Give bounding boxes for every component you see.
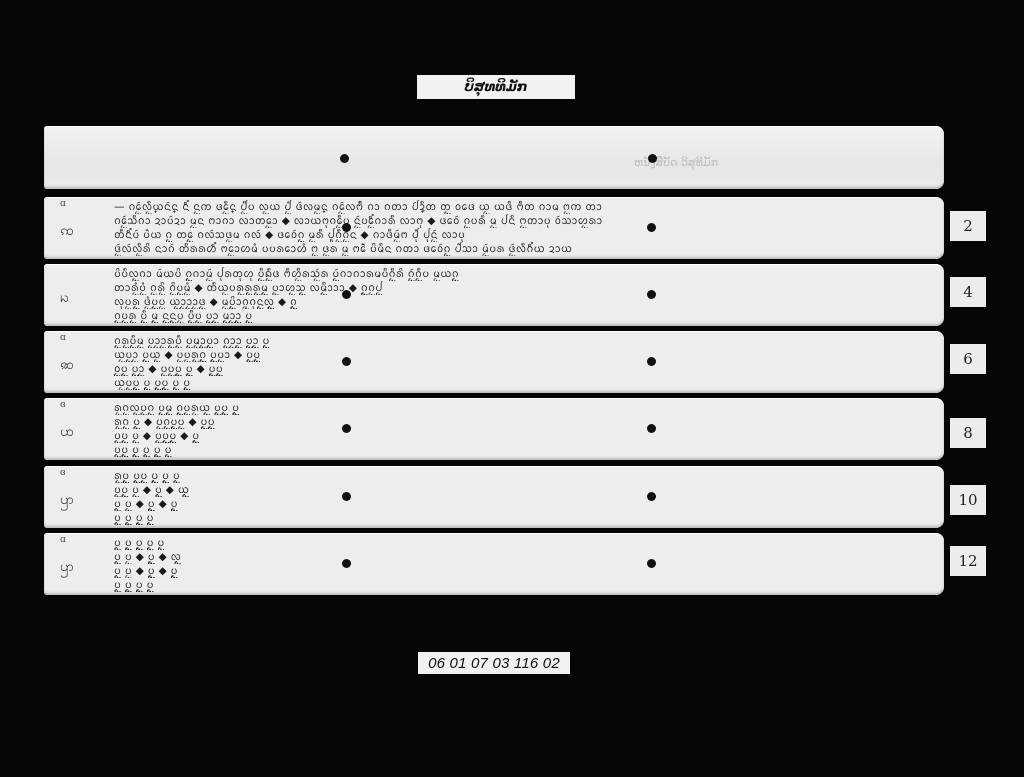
script-line: ᨷᩬᩬᩬᩬᩬᩬᩬᩬᩬᩬᩬᩬᩬ ᨷᩬᩬᩬᩬᩬᩬᩬᩬᩬᩬᩬᩬᩬᩬᩬᩬᩬᩬ ᨷᩬᩬᩬᩬ…: [114, 578, 934, 592]
leaf-text-lines: ᨷᩬᩬᩬᩬᩬᩬᩬᩬᩬᩬᩬᩬ ᨷᩬᩬᩬᩬᩬᩬᩬᩬᩬᩬᩬᩬᩬᩬᩬ ᨷᩬᩬᩬᩬᩬᩬᩬᩬ…: [114, 536, 934, 592]
manuscript-leaf: ꩢᨷᩦᨷᩥᩃᩬᩬᩬᨣᩣ ᨾᩢᨿᨷᩦ ᨣᩬᩬᩬᩬᨣᩣᨾᩬᩢ ᨸᩩᩁᨲᩩᩉᩩ ᨷᩬᩬ…: [44, 264, 944, 326]
manuscript-leaf: ɞꩥᩁᩬᩬᨷᩬᩬᩬᩬᩬᩬᩬᩬ ᨷᩬᩬᩬᩬᩬᩬᩬᩬᩬᨷᩬᩬᩬᩬᩬ ᨷᩬᩬᩬᩬᩬᩬᩬ…: [44, 466, 944, 528]
manuscript-leaf: ɑꩣᨣᩬᩬᩬᩁᩬᩬᨷᩥᩬᩬᨾᩬᩬ ᨷᩬᩬᩣᩬᩣᩬᩁᩬᩬᨷᩥᩬᩬᩬ ᨷᩬᩬᩬᨾᩬᩬ…: [44, 331, 944, 393]
cover-leaf: ຫນັງສືບັດ ວິສຸທິມັກ: [44, 126, 944, 189]
script-line: ᨷᩬᩬᩬᩬᩬᩬᩬᩬᩬᩬ ᨷᩬ ◆ ᨷᩬᩬᩬᩬᩬᩬᩬᩬᩬᩬᩬᩬᩬᩬᩬᩬᩬ ◆ ᨷᩬ…: [114, 564, 934, 578]
binding-hole-left: [340, 154, 349, 163]
folio-number-label: 10: [950, 485, 986, 515]
binding-hole-right: [648, 154, 657, 163]
folio-number-label: 12: [950, 546, 986, 576]
script-line: ᨷᩬᩬᩬᩬᩬᩬᩬᩬᩬᩬᩬ ᨷᩬᩬᩬᩬᩬᩬᩬᩬᩬᩬᩬᩬᩬᩬᩬᩬᩬᩬ ᨷᩬᩬᩬᩬᩬᩬ…: [114, 511, 934, 525]
catalog-id-label: 06 01 07 03 116 02: [418, 652, 570, 674]
script-line: ᨷᩬᩬᩬᩬᨷᩬᩬᩬᩬᩬ ᨷᩬᩬᩬᩬ ◆ ᨷᩬᩬᩬᨷᩬᩬᩬᩬᩬᩬᩬᨷᩬᩬᩬᩬᩬᩬᩬ…: [114, 429, 934, 443]
leaf-text-lines: ᨣᩬᩬᩬᩁᩬᩬᨷᩥᩬᩬᨾᩬᩬ ᨷᩬᩬᩣᩬᩣᩬᩁᩬᩬᨷᩥᩬᩬᩬ ᨷᩬᩬᩬᨾᩬᩬᩣᩬ…: [114, 334, 934, 390]
script-line: ᨣᩬᩬᩬᩁᩬᩬᨷᩥᩬᩬᨾᩬᩬ ᨷᩬᩬᩣᩬᩣᩬᩁᩬᩬᨷᩥᩬᩬᩬ ᨷᩬᩬᩬᨾᩬᩬᩣᩬ…: [114, 334, 934, 348]
cover-faint-title: ຫນັງສືບັດ ວິສຸທິມັກ: [634, 156, 718, 169]
folio-number-label: 8: [950, 418, 986, 448]
leaf-margin-mark: ꩥ: [60, 557, 74, 578]
script-line: ᨷᩬᩬᩬᩬᨷᩬᩬᩬᩬᩬᩬᩬ ᨷᩬᩬᩬᩬᩬᩬᩬᩬᩬᩬᩬ ᨷᩬᩬᩬᩬᩬᩬᩬᩬᩬᩬᩬᩬ…: [114, 443, 934, 457]
leaf-margin-mark: ꩡ: [60, 221, 74, 242]
corner-mark: ɑ: [60, 535, 66, 545]
script-line: ᨣᩮᩬᩢᩈᩥᨣᩣ ᨯᩣᨷᩢᨯᩣ ᨾᩬᨶ ᨻᩣᨣᩣ ᩃᩣᨲᩮᩬᩣ ◆ ᩃᩣᨿᨻᩩᨣ…: [114, 214, 934, 228]
corner-mark: ɞ: [60, 400, 66, 410]
corner-mark: ɞ: [60, 468, 66, 478]
script-line: ᨴᩬᩢᩃᩢᩃᩥᩬᩁᩦ ᨶᩣᨣᩢ ᨲᩥᩁᩁᩉᩥᩴ ᨻᩮᩬᩣᩉᨾᩴ ᨷᨷᩁᩮᩣᩉᩴ …: [114, 242, 934, 256]
folio-number-label: 2: [950, 211, 986, 241]
leaf-text-lines: ᩁᩬᩬᨷᩬᩬᩬᩬᩬᩬᩬᩬ ᨷᩬᩬᩬᩬᩬᩬᩬᩬᩬᨷᩬᩬᩬᩬᩬ ᨷᩬᩬᩬᩬᩬᩬᩬᩬᩬ…: [114, 469, 934, 525]
script-line: ᩃᩩᨷᩬᩁᩬᩬᩬ ᨴᩬᩴᨷᩬᩬᩬᨷᩬ ᨿᩬᩬᩣᩬᩣᩬᩣᩬᨴᩬᩬ ◆ ᨾᩬᨷᩦᩬᩬ…: [114, 295, 934, 309]
leaf-text-lines: ᨷᩦᨷᩥᩃᩬᩬᩬᨣᩣ ᨾᩢᨿᨷᩦ ᨣᩬᩬᩬᩬᨣᩣᨾᩬᩢ ᨸᩩᩁᨲᩩᩉᩩ ᨷᩬᩬᩥ…: [114, 267, 934, 323]
script-line: ᩅᩬᩬᩬᨷᩬᩬᩬᩬᩬ ᨷᩬᩬᩬᩬᩣᩬᩬ ◆ ᨷᩬᩬᨷᩬᩬᨷᩬᩬᩬᩬᩬᩬᩬᩬᩬᩬ …: [114, 362, 934, 376]
script-line: ᨷᩦᨷᩥᩃᩬᩬᩬᨣᩣ ᨾᩢᨿᨷᩦ ᨣᩬᩬᩬᩬᨣᩣᨾᩬᩢ ᨸᩩᩁᨲᩩᩉᩩ ᨷᩬᩬᩥ…: [114, 267, 934, 281]
manuscript-leaf: ɞꩤᩁᩬᨣᩬᩃᩬᩬᨷᩬᩬᨣᩬᩬ ᨷᩬᩬᩬᨾᩬᩬᩬᩬᩬ ᨣᩬᩬᩬᩬᩬᩬᩬᨷᩬᩬᩁᩬ…: [44, 398, 944, 460]
script-line: ᨲᩥᨶᩥᩴᨷᩢ ᨷᩫᨿ ᨣᩬᩬ ᨲᩮᩬᩬ ᨣᩃᩢᩈᨴᩬᨾ ᨣᩃᩢ ◆ ᨴᩮᩅᩢᨣ…: [114, 228, 934, 242]
leaf-text-lines: ᩁᩬᨣᩬᩃᩬᩬᨷᩬᩬᨣᩬᩬ ᨷᩬᩬᩬᨾᩬᩬᩬᩬᩬ ᨣᩬᩬᩬᩬᩬᩬᩬᨷᩬᩬᩁᩬᨿᩬ…: [114, 401, 934, 457]
leaf-margin-mark: ꩥ: [60, 490, 74, 511]
script-line: ᨷᩬᩬᩬᩬᩬᩬᩬᩬᩬᩬᩬ ᨷᩬ ◆ ᨷᩬᩬᩬᩬᩬᩬᩬᩬᩬᩬᩬᩬᩬᩬᩬᩬᩬ ◆ ᩃ…: [114, 550, 934, 564]
leaf-text-lines: — ᨣᩮᩬᩢᩃᩥᩬ᩠ᨿᨶᩢ᩠ᨶ ᨶᩥᩴ ᨶᩬᨠ ᨴᩮᩬᩥ᩠ᨶ ᨸᩥᩬᨷ ᩃᩬᨿ …: [114, 200, 934, 256]
folio-number-label: 4: [950, 277, 986, 307]
manuscript-title-label: ບິສຸທທິມັກ: [417, 75, 575, 99]
script-line: ᨷᩬᩬᩬᨷᩬᩬᩬᩬᩬᩬ ᨷᩬᩬᩬ ◆ ᨷᩬᩬᩬᩬᩬᩬᩬᩬᩬᩬᩬᩬᩬᩬᩬᩬᩬ ◆ …: [114, 483, 934, 497]
script-line: ᩁᩬᩬᨷᩬᩬᩬᩬᩬᩬᩬᩬ ᨷᩬᩬᩬᩬᩬᩬᩬᩬᩬᨷᩬᩬᩬᩬᩬ ᨷᩬᩬᩬᩬᩬᩬᩬᩬᩬ…: [114, 469, 934, 483]
leaf-margin-mark: ꩣ: [60, 355, 74, 376]
manuscript-leaf: ɑꩡ— ᨣᩮᩬᩢᩃᩥᩬ᩠ᨿᨶᩢ᩠ᨶ ᨶᩥᩴ ᨶᩬᨠ ᨴᩮᩬᩥ᩠ᨶ ᨸᩥᩬᨷ ᩃᩬ…: [44, 197, 944, 259]
script-line: ᩁᩬᩬᨣᩬᩬ ᨷᩬᩬᩬᩬᩬᩬᩬ ◆ ᨷᩬᩬᨣᩬᩬᩬᨷᩬᩬᩬᩬᩬᩬᩬᩬᩬᩬᩬᨷᩬᩬ…: [114, 415, 934, 429]
script-line: ᨲᩣᩁᩬᩴᨷᩬᩴ ᨣᩬᩁᩬᩦ ᨣᩬᩦᨷᩬᩬᨾᩬᩴ ◆ ᨲᩥᨿᩬᨷᩁᩬᩬᩁᩬᩬᩬᩁ…: [114, 281, 934, 295]
leaf-margin-mark: ꩢ: [60, 288, 69, 309]
corner-mark: ɑ: [60, 333, 66, 343]
script-line: ᨷᩬᩬᩬᩬᩬᩬᩬᩬᩬ ᨷᩬᩬᩬ ◆ ᨷᩬᩬᩬᩬᩬᩬᩬᩬᩬᩬᩬᩬᩬᩬᩬᩬᩬ ◆ ᨷ…: [114, 497, 934, 511]
script-line: ᨣᩬᩬᩬᨷᩬᩬᩬᩁᩬᩬ ᨷᩥᩬᩬᩬ ᨾᩬᩬᩬᩬᩬ ᨶᩬᩬᩬᨶᩬᩬᩬᩬᨷᩬ ᨷᩥᩬ…: [114, 309, 934, 323]
folio-number-label: 6: [950, 344, 986, 374]
corner-mark: ɑ: [60, 199, 66, 209]
leaf-margin-mark: ꩤ: [60, 422, 74, 443]
script-line: ᨷᩬᩬᩬᩬᩬᩬᩬᩬᩬᩬᩬᩬ ᨷᩬᩬᩬᩬᩬᩬᩬᩬᩬᩬᩬᩬᩬᩬᩬ ᨷᩬᩬᩬᩬᩬᩬᩬᩬ…: [114, 536, 934, 550]
script-line: ᨿᩬᨷᩬᩬᩣᩬ ᨷᩬᩬᩬᩬᩬᨿᩬᩬ ◆ ᨷᩬᨷᩬᩁᩬᩬᩬᨣᩬᩬᩬᩬᩬᩬ ᨷᩬᩬᩬ…: [114, 348, 934, 362]
manuscript-leaf: ɑꩥᨷᩬᩬᩬᩬᩬᩬᩬᩬᩬᩬᩬᩬ ᨷᩬᩬᩬᩬᩬᩬᩬᩬᩬᩬᩬᩬᩬᩬᩬ ᨷᩬᩬᩬᩬᩬᩬ…: [44, 533, 944, 595]
script-line: ᨿᩬᨷᩬᩬᨷᩬᩬᩬᩬᩬᩬᩬᩬ ᨷᩬᩬᩬᩬᩬᩬᩬᩬᩬ ᨷᩬᩬᩬᩬᩬᩬᩬᩬᨷᩬᩬᩬᩬ…: [114, 376, 934, 390]
script-line: ᩁᩬᨣᩬᩃᩬᩬᨷᩬᩬᨣᩬᩬ ᨷᩬᩬᩬᨾᩬᩬᩬᩬᩬ ᨣᩬᩬᩬᩬᩬᩬᩬᨷᩬᩬᩁᩬᨿᩬ…: [114, 401, 934, 415]
script-line: — ᨣᩮᩬᩢᩃᩥᩬ᩠ᨿᨶᩢ᩠ᨶ ᨶᩥᩴ ᨶᩬᨠ ᨴᩮᩬᩥ᩠ᨶ ᨸᩥᩬᨷ ᩃᩬᨿ …: [114, 200, 934, 214]
